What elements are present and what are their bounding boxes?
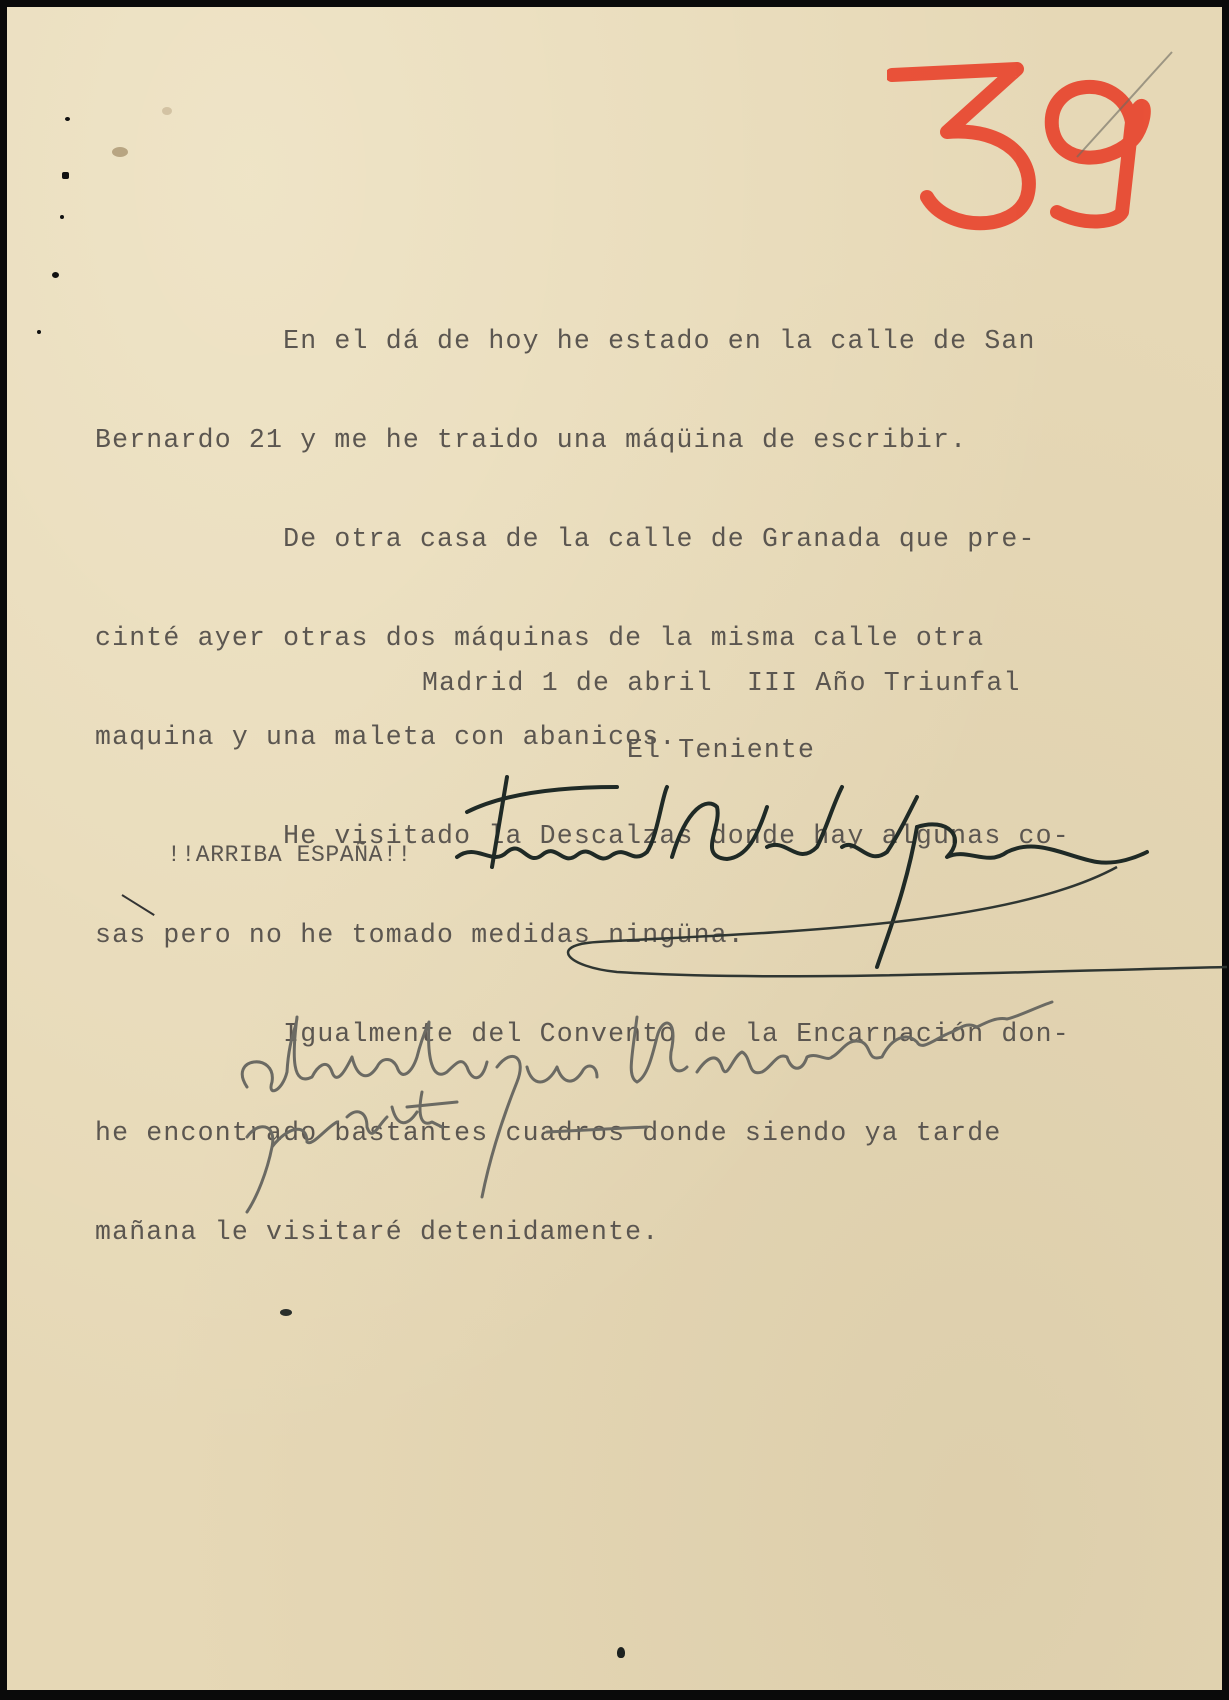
body-line: En el dá de hoy he estado en la calle de… xyxy=(95,325,1070,358)
ink-blot xyxy=(617,1647,625,1658)
punch-mark xyxy=(65,117,70,121)
body-line: Bernardo 21 y me he traido una máqüina d… xyxy=(95,424,1070,457)
signer-rank: El Teniente xyxy=(627,734,815,767)
body-line: maquina y una maleta con abanicos. xyxy=(95,721,1070,754)
punch-mark xyxy=(52,272,59,278)
date-line: Madrid 1 de abril III Año Triunfal xyxy=(422,667,1021,700)
stain xyxy=(112,147,128,157)
punch-mark xyxy=(60,215,64,219)
stain xyxy=(162,107,172,115)
salute: !!ARRIBA ESPAÑA!! xyxy=(167,839,412,872)
document-page: En el dá de hoy he estado en la calle de… xyxy=(7,7,1222,1690)
body-line: cinté ayer otras dos máquinas de la mism… xyxy=(95,622,1070,655)
punch-mark xyxy=(37,330,41,334)
pencil-annotation xyxy=(217,997,1197,1237)
body-line: De otra casa de la calle de Granada que … xyxy=(95,523,1070,556)
folio-number-39 xyxy=(887,47,1187,237)
handwritten-signature xyxy=(447,767,1227,1007)
punch-mark xyxy=(62,172,69,179)
